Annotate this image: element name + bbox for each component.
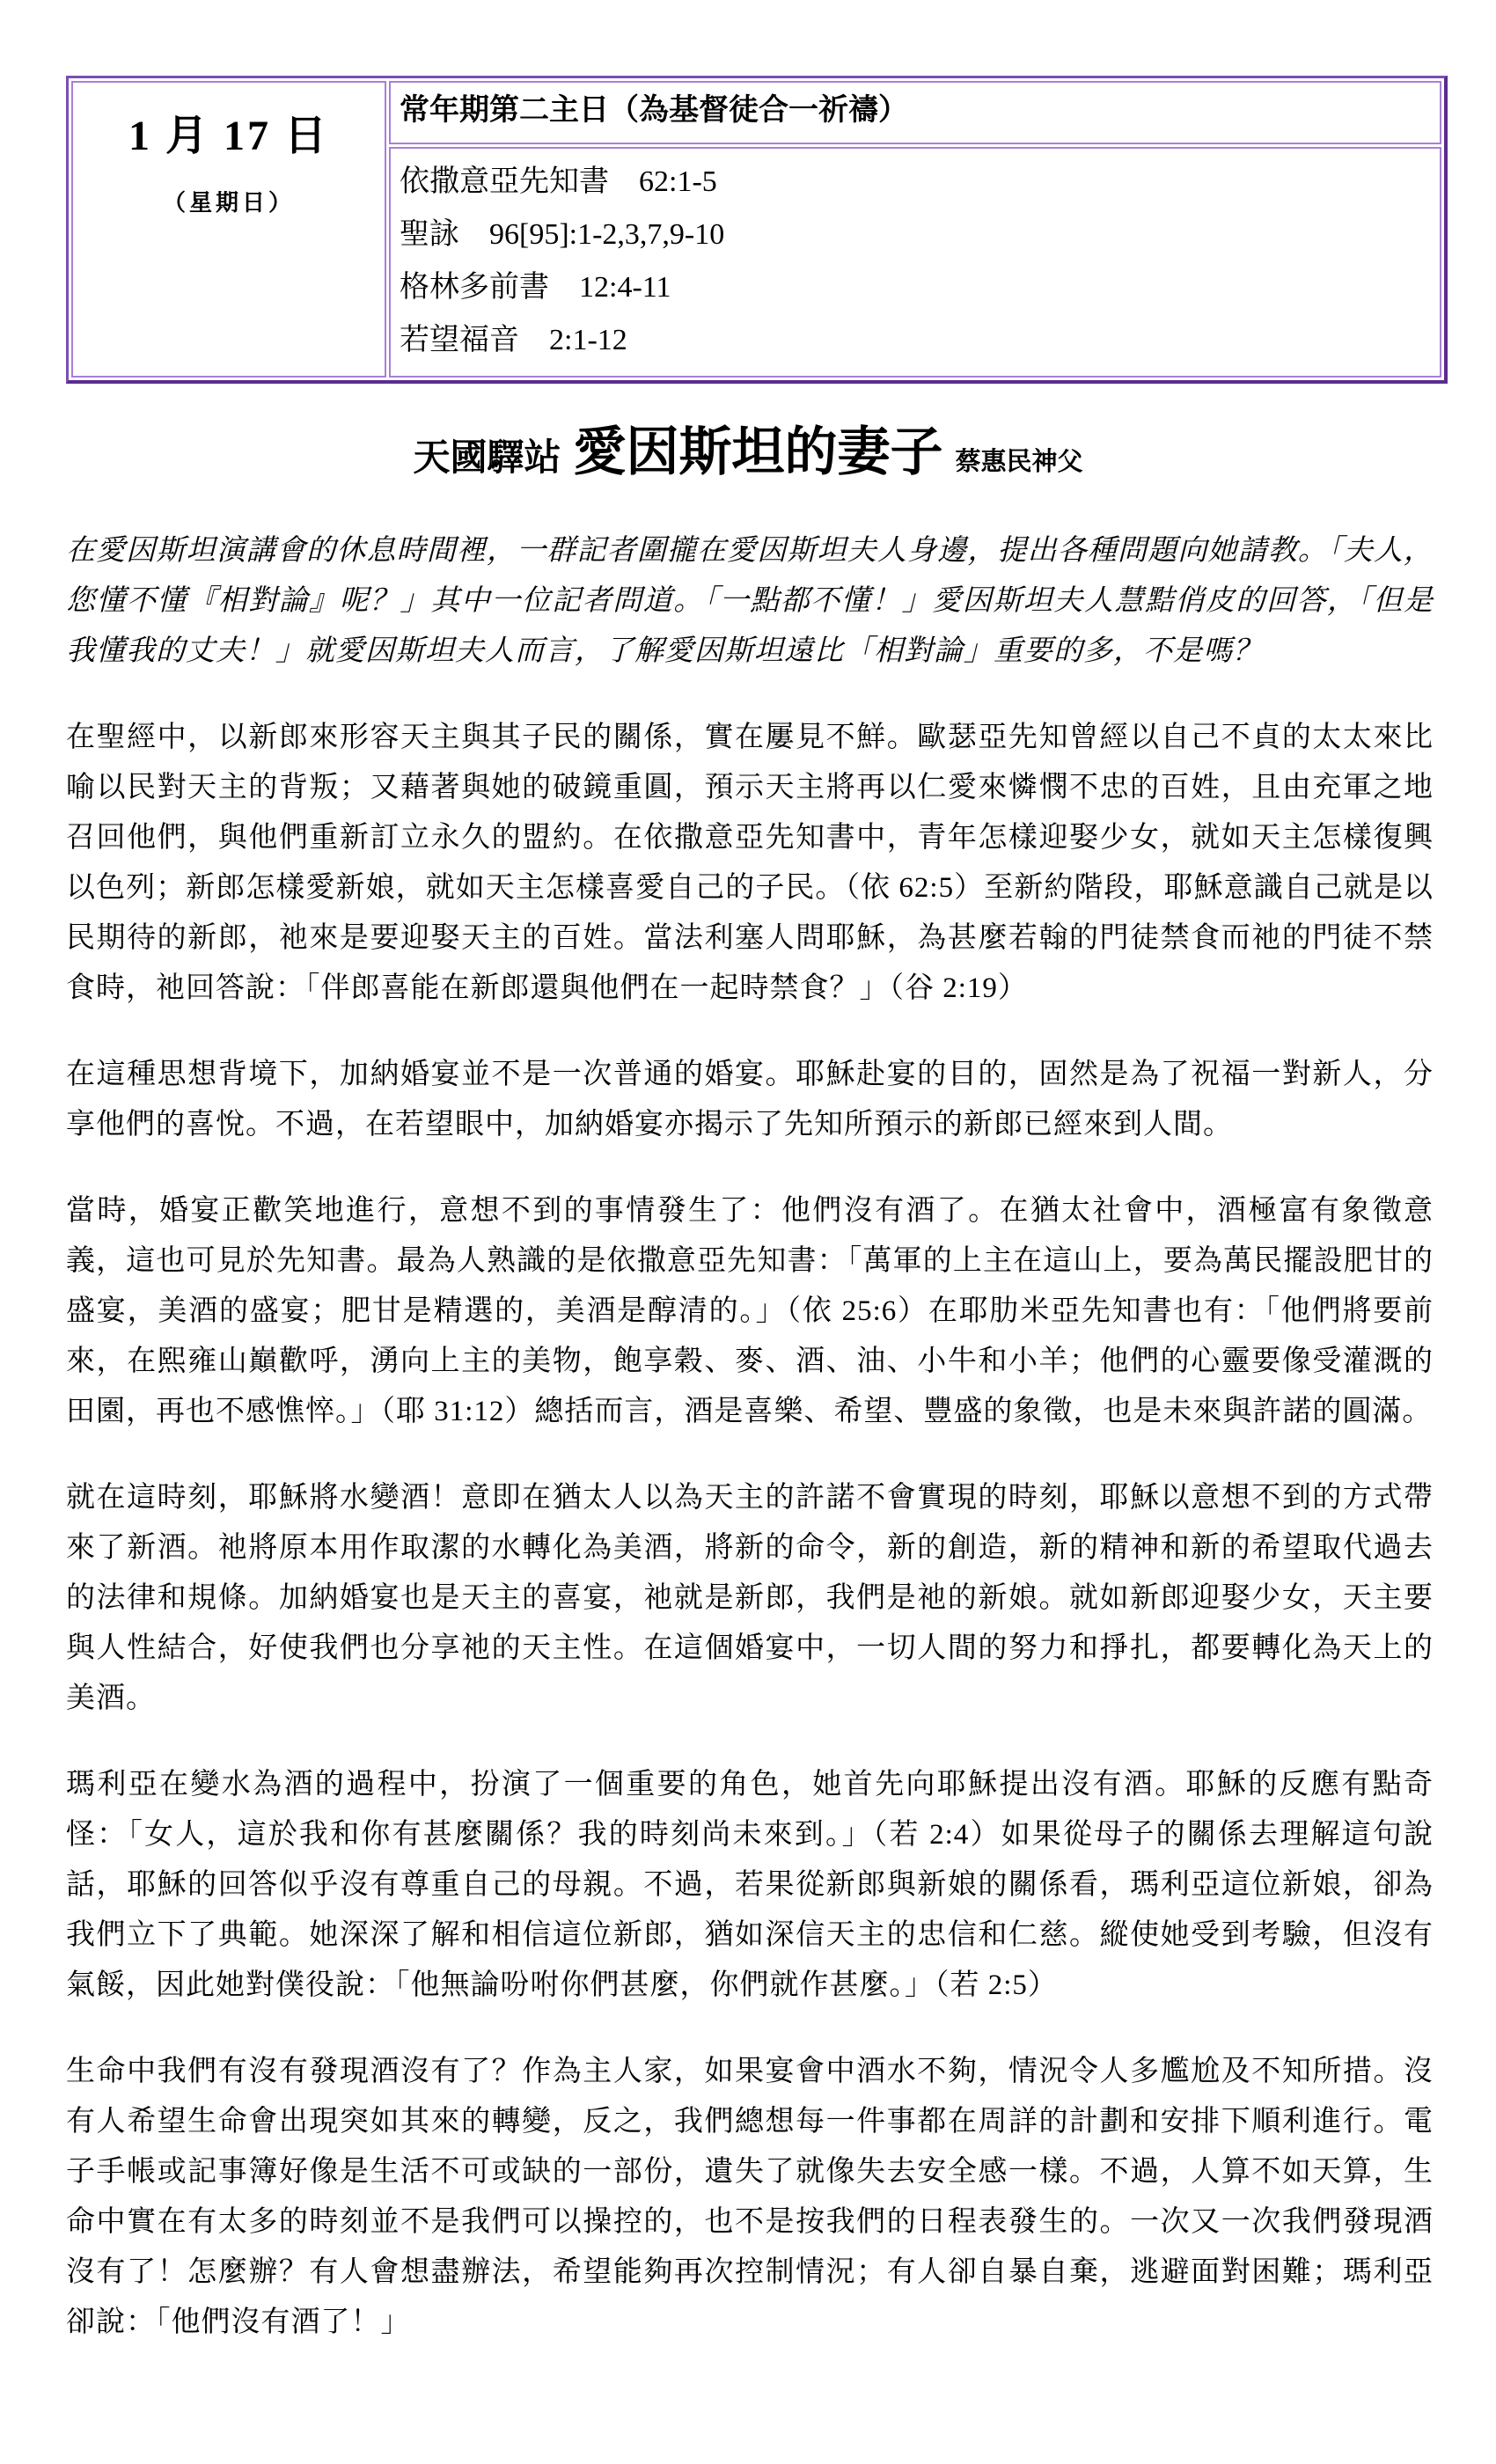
author-name: 蔡惠民神父 xyxy=(956,448,1083,476)
reading-line-psalm: 聖詠 96[95]:1-2,3,7,9-10 xyxy=(400,209,1431,261)
article-paragraph: 瑪利亞在變水為酒的過程中，扮演了一個重要的角色，她首先向耶穌提出沒有酒。耶穌的反… xyxy=(66,1760,1434,2011)
article-paragraph: 在這種思想背境下，加納婚宴並不是一次普通的婚宴。耶穌赴宴的目的，固然是為了祝福一… xyxy=(66,1050,1434,1150)
reading-line-gospel: 若望福音 2:1-12 xyxy=(400,314,1431,367)
reading-line-corinthians: 格林多前書 12:4-11 xyxy=(400,261,1431,314)
date-text: 1 月 17 日 xyxy=(74,113,384,160)
reading-line-isaiah: 依撒意亞先知書 62:1-5 xyxy=(400,156,1431,209)
article-paragraph: 生命中我們有沒有發現酒沒有了？作為主人家，如果宴會中酒水不夠，情況令人多尷尬及不… xyxy=(66,2047,1434,2348)
weekday-text: （星期日） xyxy=(74,185,384,217)
feast-title: 常年期第二主日（為基督徒合一祈禱） xyxy=(389,81,1441,144)
liturgical-info-table: 1 月 17 日 （星期日） 常年期第二主日（為基督徒合一祈禱） 依撒意亞先知書… xyxy=(66,76,1448,384)
series-label: 天國驛站 xyxy=(413,438,561,479)
intro-paragraph: 在愛因斯坦演講會的休息時間裡，一群記者圍攏在愛因斯坦夫人身邊，提出各種問題向她請… xyxy=(66,526,1434,677)
article-body: 在愛因斯坦演講會的休息時間裡，一群記者圍攏在愛因斯坦夫人身邊，提出各種問題向她請… xyxy=(66,526,1434,2384)
article-paragraph: 就在這時刻，耶穌將水變酒！意即在猶太人以為天主的許諾不會實現的時刻，耶穌以意想不… xyxy=(66,1473,1434,1724)
article-paragraph: 在聖經中，以新郎來形容天主與其子民的關係，實在屢見不鮮。歐瑟亞先知曾經以自己不貞… xyxy=(66,713,1434,1014)
readings-cell: 依撒意亞先知書 62:1-5 聖詠 96[95]:1-2,3,7,9-10 格林… xyxy=(389,147,1441,378)
page: 1 月 17 日 （星期日） 常年期第二主日（為基督徒合一祈禱） 依撒意亞先知書… xyxy=(0,0,1496,2464)
article-title: 愛因斯坦的妻子 xyxy=(574,423,943,481)
article-paragraph: 當時，婚宴正歡笑地進行，意想不到的事情發生了：他們沒有酒了。在猶太社會中，酒極富… xyxy=(66,1186,1434,1437)
article-title-line: 天國驛站愛因斯坦的妻子蔡惠民神父 xyxy=(0,410,1496,486)
date-cell: 1 月 17 日 （星期日） xyxy=(71,81,386,378)
